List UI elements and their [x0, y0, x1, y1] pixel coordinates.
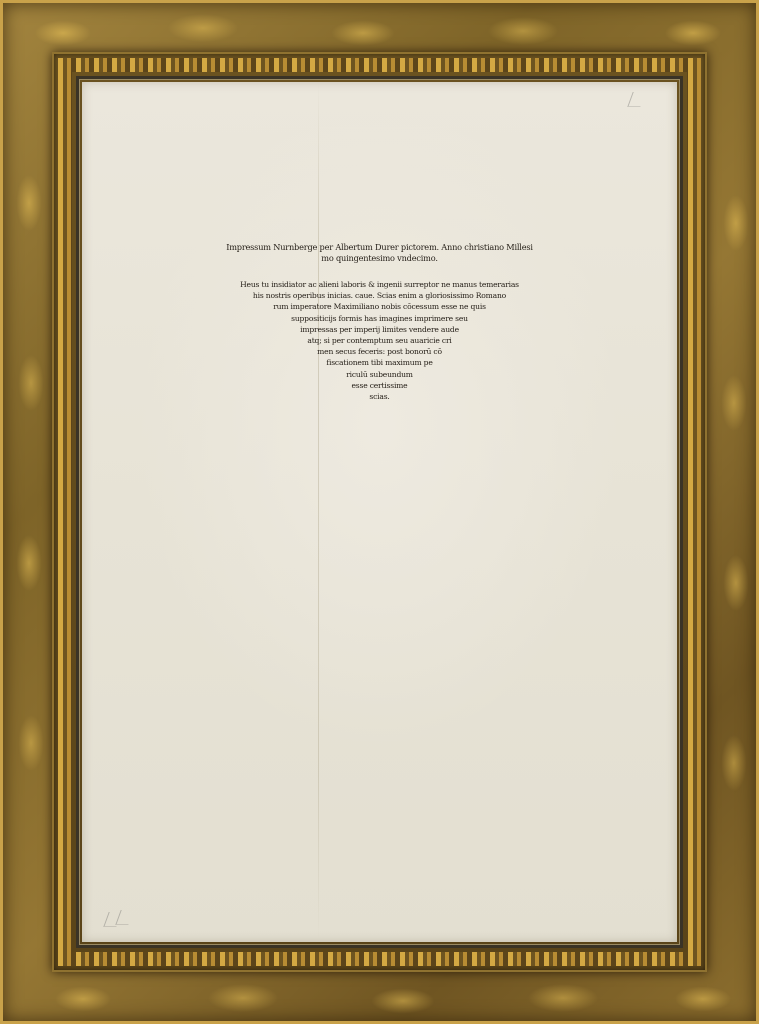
- pencil-mark-top-right: [627, 92, 645, 107]
- privilege-line: rum imperatore Maximiliano nobis cōcessu…: [82, 301, 677, 312]
- privilege-line: fiscationem tibi maximum pe: [82, 357, 677, 368]
- colophon-line: Impressum Nurnberge per Albertum Durer p…: [82, 242, 677, 253]
- paper-fold-crease: [318, 82, 319, 942]
- privilege-line: his nostris operibus inicias. caue. Scia…: [82, 290, 677, 301]
- privilege-line: riculū subeundum: [82, 369, 677, 380]
- privilege-line: impressas per imperij limites vendere au…: [82, 324, 677, 335]
- privilege-line: scias.: [82, 391, 677, 402]
- colophon-line: mo quingentesimo vndecimo.: [82, 253, 677, 264]
- paper-leaf: Impressum Nurnberge per Albertum Durer p…: [82, 82, 677, 942]
- privilege-line: men secus feceris: post bonorū cō: [82, 346, 677, 357]
- privilege-line: Heus tu insidiator ac alieni laboris & i…: [82, 279, 677, 290]
- privilege-notice-text: Heus tu insidiator ac alieni laboris & i…: [82, 279, 677, 402]
- colophon-text: Impressum Nurnberge per Albertum Durer p…: [82, 242, 677, 264]
- privilege-line: esse certissime: [82, 380, 677, 391]
- privilege-line: suppositicijs formis has imagines imprim…: [82, 313, 677, 324]
- privilege-line: atq; si per contemptum seu auaricie cri: [82, 335, 677, 346]
